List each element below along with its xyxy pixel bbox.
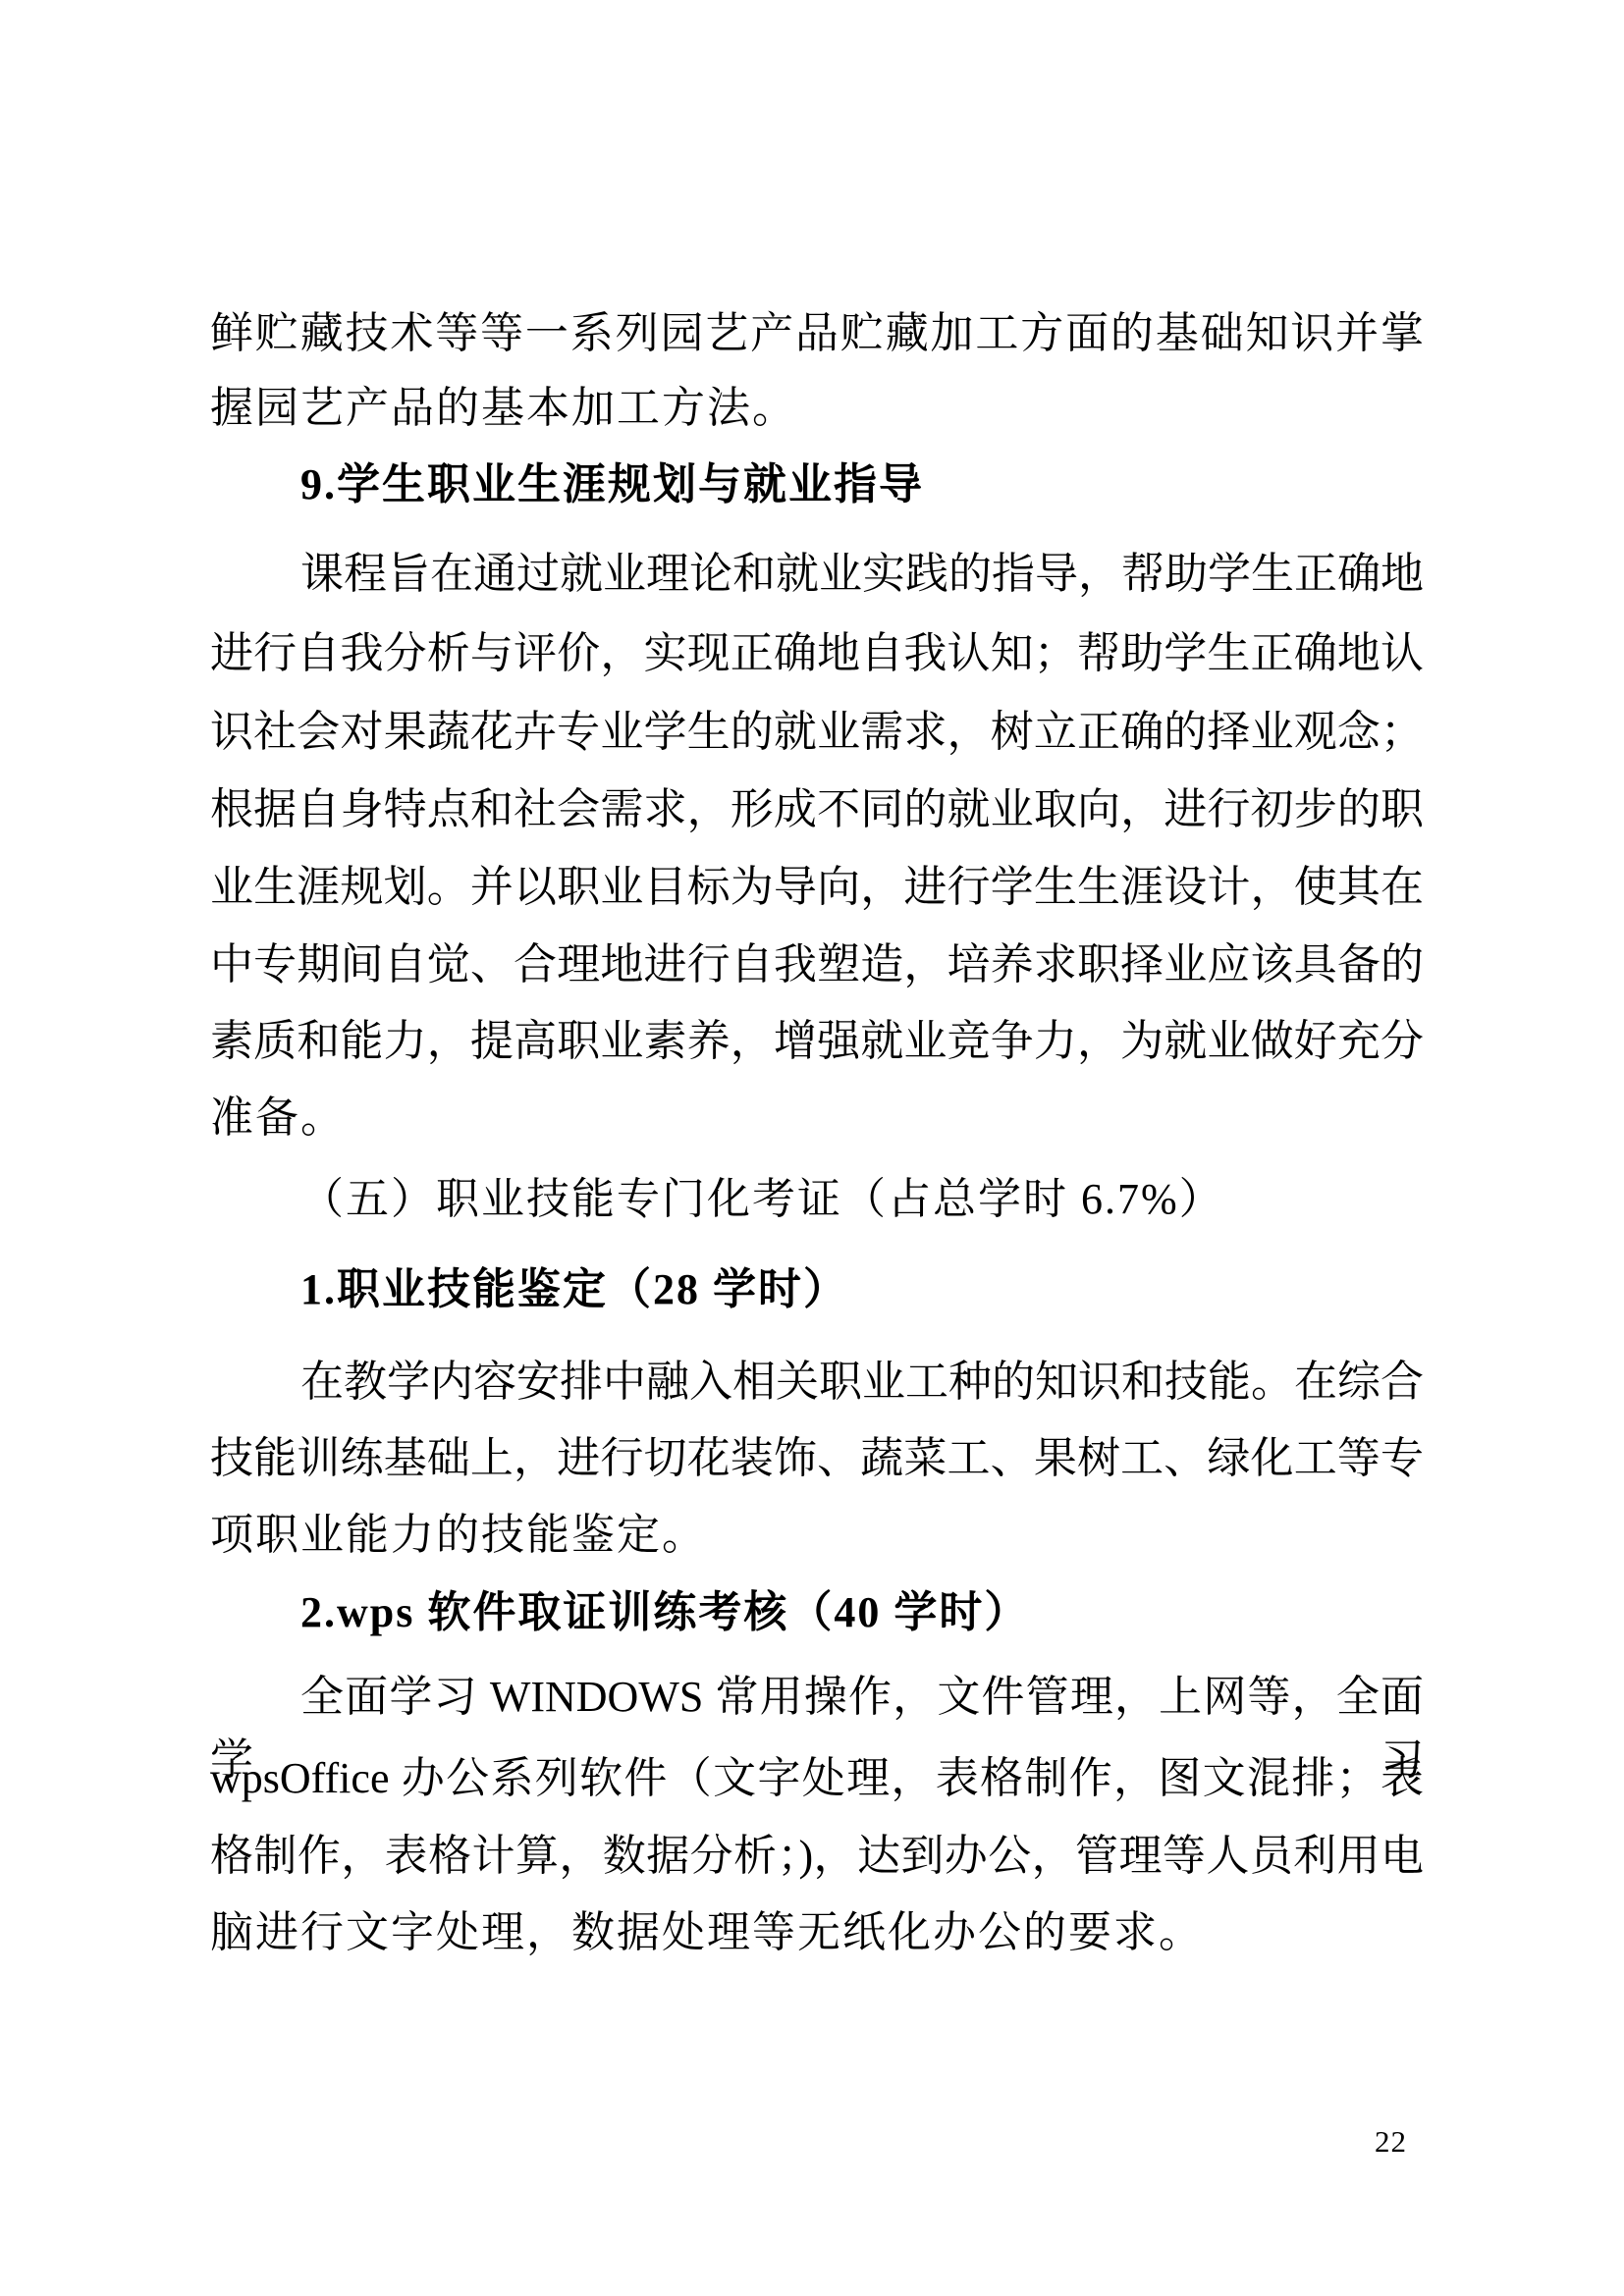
paragraph-line: 根据自身特点和社会需求，形成不同的就业取向，进行初步的职: [210, 778, 1424, 841]
document-page: 鲜贮藏技术等等一系列园艺产品贮藏加工方面的基础知识并掌 握园艺产品的基本加工方法…: [0, 0, 1624, 2296]
paragraph-line: 技能训练基础上，进行切花装饰、蔬菜工、果树工、绿化工等专: [210, 1427, 1424, 1490]
paragraph-line: 识社会对果蔬花卉专业学生的就业需求，树立正确的择业观念；: [210, 701, 1424, 764]
paragraph-line: wpsOffice 办公系列软件（文字处理，表格制作，图文混排；表: [210, 1747, 1424, 1810]
paragraph-line: 素质和能力，提高职业素养，增强就业竞争力，为就业做好充分: [210, 1010, 1424, 1073]
heading-9: 9.学生职业生涯规划与就业指导: [210, 454, 1424, 516]
heading-2: 2.wps 软件取证训练考核（40 学时）: [210, 1581, 1424, 1644]
paragraph-line: 在教学内容安排中融入相关职业工种的知识和技能。在综合: [210, 1351, 1424, 1414]
heading-section-5: （五）职业技能专门化考证（占总学时 6.7%）: [210, 1168, 1424, 1231]
paragraph-line: 鲜贮藏技术等等一系列园艺产品贮藏加工方面的基础知识并掌: [210, 302, 1424, 365]
page-number: 22: [1375, 2122, 1407, 2162]
paragraph-line: 项职业能力的技能鉴定。: [210, 1504, 1424, 1567]
paragraph-line: 进行自我分析与评价，实现正确地自我认知；帮助学生正确地认: [210, 622, 1424, 685]
heading-1: 1.职业技能鉴定（28 学时）: [210, 1258, 1424, 1321]
paragraph-line: 脑进行文字处理，数据处理等无纸化办公的要求。: [210, 1901, 1424, 1964]
paragraph-line: 全面学习 WINDOWS 常用操作，文件管理，上网等，全面学习: [210, 1666, 1424, 1729]
paragraph-line: 握园艺产品的基本加工方法。: [210, 377, 1424, 440]
paragraph-line: 课程旨在通过就业理论和就业实践的指导，帮助学生正确地: [210, 543, 1424, 606]
paragraph-line: 准备。: [210, 1087, 1424, 1149]
paragraph-line: 中专期间自觉、合理地进行自我塑造，培养求职择业应该具备的: [210, 934, 1424, 996]
paragraph-line: 业生涯规划。并以职业目标为导向，进行学生生涯设计，使其在: [210, 856, 1424, 919]
paragraph-line: 格制作，表格计算，数据分析；)，达到办公，管理等人员利用电: [210, 1825, 1424, 1888]
